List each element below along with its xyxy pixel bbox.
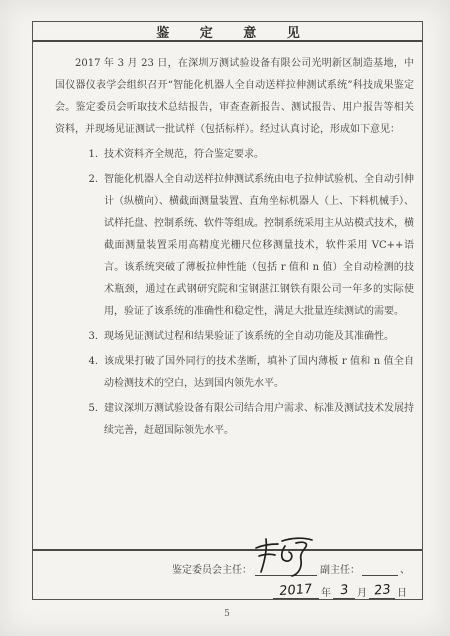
year-blank: 2017 [273,585,319,599]
vice-chairman-label: 副主任： [320,561,360,576]
item-number: 2. [85,169,98,323]
page-number: 5 [32,609,423,619]
item-number: 1. [85,144,98,166]
list-comma: 、 [400,561,410,576]
month-blank: 3 [333,585,355,599]
signature-section: 鉴定委员会主任： 副主任： 、 2017 年 [33,549,422,599]
list-item: 1. 技术资料齐全规范，符合鉴定要求。 [85,144,414,166]
item-number: 5. [85,398,98,442]
item-text: 该成果打破了国外同行的技术垄断，填补了国内薄板 r 值和 n 值全自动检测技术的… [104,351,414,395]
signature-line: 鉴定委员会主任： 副主任： 、 [172,561,410,576]
month-suffix: 月 [357,584,367,599]
handwritten-month: 3 [339,585,348,598]
vice-chairman-blank [362,562,398,576]
scanned-document-page: { "document": { "title": "鉴 定 意 见", "int… [0,0,450,636]
item-text: 技术资料齐全规范，符合鉴定要求。 [104,144,414,166]
day-blank: 23 [369,585,395,599]
list-item: 4. 该成果打破了国外同行的技术垄断，填补了国内薄板 r 值和 n 值全自动检测… [85,351,414,395]
page-title: 鉴 定 意 见 [156,22,307,41]
chairman-signature-handwriting [253,535,315,577]
date-line: 2017 年 3 月 23 日 [271,584,407,599]
item-text: 智能化机器人全自动送样拉伸测试系统由电子拉伸试验机、全自动引伸计（纵横向）、横截… [104,169,414,323]
chairman-signature-slot [255,561,317,576]
chairman-label: 鉴定委员会主任： [172,561,252,576]
list-item: 2. 智能化机器人全自动送样拉伸测试系统由电子拉伸试验机、全自动引伸计（纵横向）… [85,169,414,323]
document-body: 2017 年 3 月 23 日，在深圳万测试验设备有限公司光明新区制造基地，中国… [33,42,422,442]
item-number: 4. [85,351,98,395]
document-frame: 鉴 定 意 见 2017 年 3 月 23 日，在深圳万测试验设备有限公司光明新… [32,21,423,600]
year-suffix: 年 [321,584,331,599]
handwritten-day: 23 [373,584,390,597]
handwritten-year: 2017 [279,584,313,598]
item-number: 3. [85,326,98,348]
item-text: 建议深圳万测试验设备有限公司结合用户需求、标准及测试技术发展持续完善，赶超国际领… [104,398,414,442]
list-item: 3. 现场见证测试过程和结果验证了该系统的全自动功能及其准确性。 [85,326,414,348]
item-text: 现场见证测试过程和结果验证了该系统的全自动功能及其准确性。 [104,326,414,348]
intro-paragraph: 2017 年 3 月 23 日，在深圳万测试验设备有限公司光明新区制造基地，中国… [55,53,414,141]
conclusion-list: 1. 技术资料齐全规范，符合鉴定要求。 2. 智能化机器人全自动送样拉伸测试系统… [55,144,414,442]
list-item: 5. 建议深圳万测试验设备有限公司结合用户需求、标准及测试技术发展持续完善，赶超… [85,398,414,442]
title-row: 鉴 定 意 见 [33,22,422,42]
day-suffix: 日 [397,584,407,599]
